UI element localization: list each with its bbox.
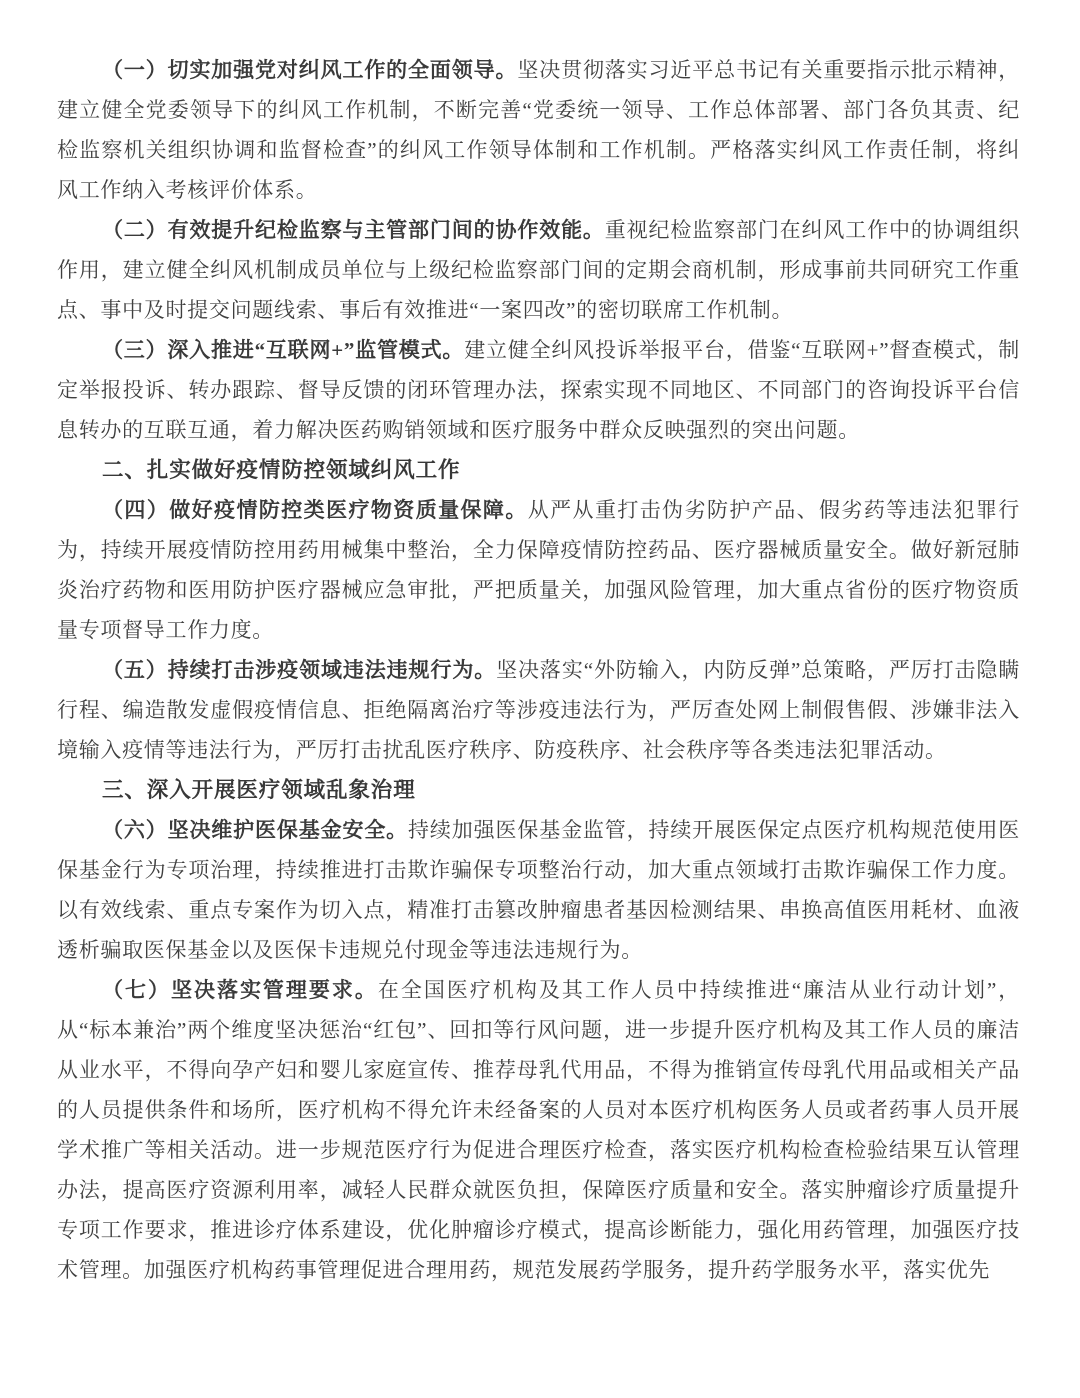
paragraph-lead: （五）持续打击涉疫领域违法违规行为。 — [102, 658, 496, 682]
body-paragraph: （五）持续打击涉疫领域违法违规行为。坚决落实“外防输入，内防反弹”总策略，严厉打… — [57, 650, 1020, 770]
body-paragraph: （一）切实加强党对纠风工作的全面领导。坚决贯彻落实习近平总书记有关重要指示批示精… — [57, 50, 1020, 210]
body-paragraph: （二）有效提升纪检监察与主管部门间的协作效能。重视纪检监察部门在纠风工作中的协调… — [57, 210, 1020, 330]
section-heading: 二、扎实做好疫情防控领域纠风工作 — [57, 450, 1020, 490]
paragraph-lead: （二）有效提升纪检监察与主管部门间的协作效能。 — [102, 218, 605, 242]
paragraph-lead: （四）做好疫情防控类医疗物资质量保障。 — [102, 498, 528, 522]
document-page: （一）切实加强党对纠风工作的全面领导。坚决贯彻落实习近平总书记有关重要指示批示精… — [0, 0, 1080, 1398]
paragraph-lead: （七）坚决落实管理要求。 — [102, 978, 378, 1002]
paragraph-lead: （一）切实加强党对纠风工作的全面领导。 — [102, 58, 517, 82]
body-paragraph: （四）做好疫情防控类医疗物资质量保障。从严从重打击伪劣防护产品、假劣药等违法犯罪… — [57, 490, 1020, 650]
body-paragraph: （六）坚决维护医保基金安全。持续加强医保基金监管，持续开展医保定点医疗机构规范使… — [57, 810, 1020, 970]
section-heading: 三、深入开展医疗领域乱象治理 — [57, 770, 1020, 810]
body-paragraph: （七）坚决落实管理要求。在全国医疗机构及其工作人员中持续推进“廉洁从业行动计划”… — [57, 970, 1020, 1290]
document-content: （一）切实加强党对纠风工作的全面领导。坚决贯彻落实习近平总书记有关重要指示批示精… — [57, 50, 1020, 1290]
paragraph-lead: （六）坚决维护医保基金安全。 — [102, 818, 408, 842]
body-paragraph: （三）深入推进“互联网+”监管模式。建立健全纠风投诉举报平台，借鉴“互联网+”督… — [57, 330, 1020, 450]
paragraph-lead: （三）深入推进“互联网+”监管模式。 — [102, 338, 464, 362]
